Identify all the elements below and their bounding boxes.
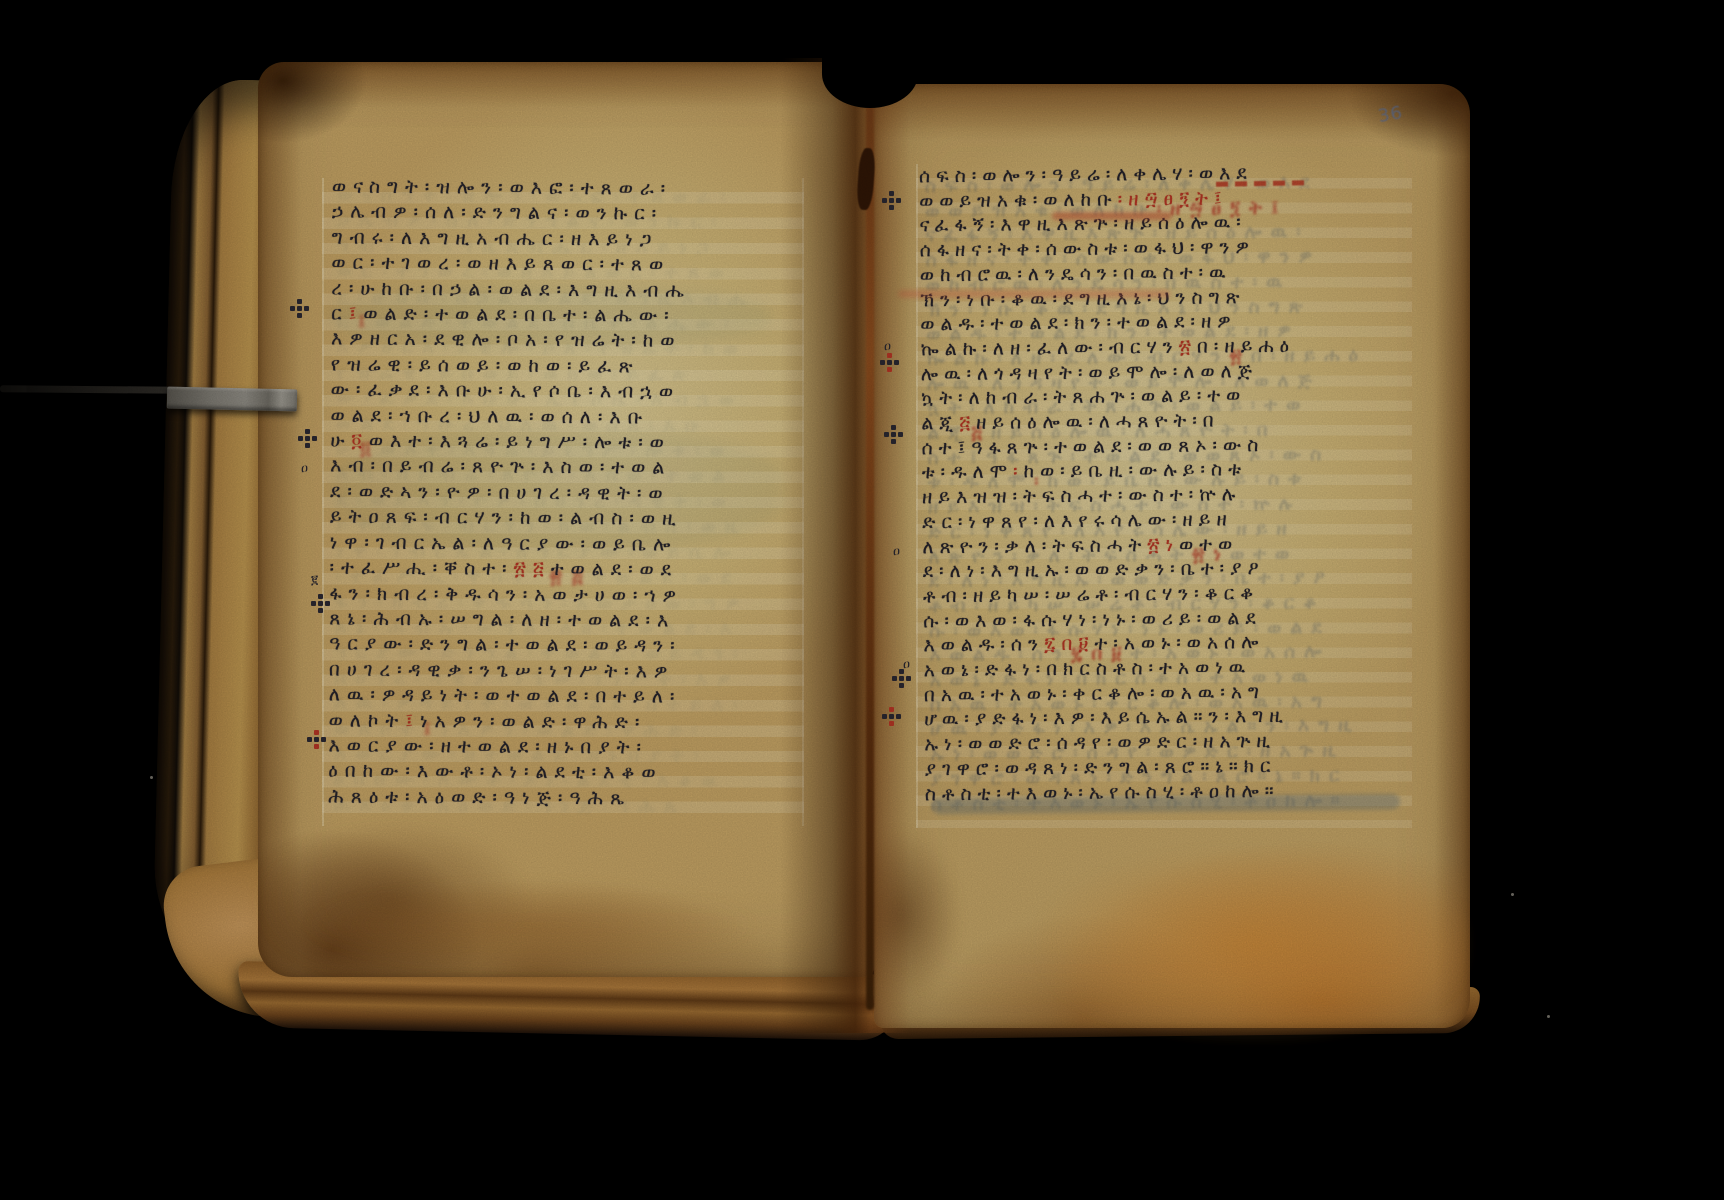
ink-text: ሱ፡ወእወ፡ፋሱሃነ፡ነኑ፡ወሪይ፡ወልደ	[923, 607, 1262, 632]
ink-text: ደ፡ለነ፡እግዚኡ፡ወወድቃን፡ቤተ፡ያዖ	[923, 557, 1265, 582]
paragraph-cross	[314, 737, 319, 742]
rubric-text: ፳ነ	[1147, 533, 1179, 555]
ink-text: ቶብ፡ዘይካሠ፡ሠሬቶ፡ብርሃን፡ቆርቆ	[923, 582, 1259, 607]
ink-text: ሆዉ፡ያድፋነ፡እዎ፡እይሴኡል።ን፡እግዚ	[924, 705, 1289, 731]
manuscript-line: እዎዘርአ፡ደዊሎ፡ቦአ፡የዝሬት፡ከወ	[331, 327, 803, 355]
manuscript-line: ግብሩ፡ለእግዚአብሔር፡ዘእይነጋ	[332, 225, 804, 253]
ink-text: ድር፡ነዋጸየ፡ለእየሩሳሌው፡ዘይዘ	[922, 508, 1233, 533]
paragraph-cross	[305, 436, 310, 441]
paragraph-cross	[887, 360, 892, 365]
ink-text: የዝሬዊ፡ይሰወይ፡ወከወ፡ይፈጽ	[331, 353, 640, 377]
manuscript-line: ጸኔ፡ሕብኡ፡ሠግል፡ለዘ፡ተወልደ፡እ	[329, 606, 801, 634]
stain-orange-bottom-right	[1040, 850, 1470, 1040]
rubric-text: ፯በ፱	[1044, 633, 1095, 655]
stain-band-bottom-left	[300, 880, 760, 970]
ink-text: ያገዋሮ፡ወዳጸነ፡ድንግል፡ጸሮ።ኔ።ክር	[925, 755, 1277, 780]
rubric-text: ፤	[405, 710, 420, 732]
paragraph-cross	[891, 432, 896, 437]
margin-numeral: ዐ	[903, 658, 910, 671]
ink-text: ኰልኩ፡ለዘ፡ፈለው፡ብርሃን	[920, 336, 1178, 360]
margin-numeral: ዐ	[301, 462, 308, 475]
ink-text: ዘይእዝዝ፡ትፍስሓተ፡ውስተ፡ኵሉ	[922, 483, 1241, 508]
ink-text: ሰፋዘና፡ትቀ፡ሰውስቱ፡ወፋህ፡ዋንዎ	[920, 236, 1255, 261]
ink-text: ወናስግት፡ዝሎን፡ወእፎ፡ተጸወራ፡	[332, 176, 672, 200]
manuscript-line: ይትዐጸፍ፡ብርሃን፡ከወ፡ልብስ፡ወዚ	[330, 505, 802, 533]
manuscript-line: ፋን፡ክብረ፡ቅዱሳን፡አወታሀወ፡ኀዎ	[329, 581, 801, 609]
ink-text: እብ፡በይብሬ፡ጸዮጕ፡እስወ፡ተወል	[330, 455, 671, 479]
ink-text: ወር፡ተገወረ፡ወዘእይጸወር፡ተጸወ	[331, 252, 670, 276]
ink-text: ወለኮት	[329, 709, 406, 731]
ink-text: ልጂ	[921, 412, 959, 434]
gutter-crease	[866, 80, 874, 1010]
rubric-text: ፳	[1179, 336, 1197, 358]
paragraph-cross	[318, 601, 323, 606]
ink-text: ፋን፡ክብረ፡ቅዱሳን፡አወታሀወ፡ኀዎ	[329, 582, 683, 606]
manuscript-line: ዕበከው፡እውቶ፡ኦነ፡ልደቲ፡እቆወ	[328, 759, 800, 787]
ink-text: ነዋ፡ገብርኤል፡ለዓርያው፡ወይቤሎ	[330, 531, 678, 555]
rubric-text: ፤	[349, 303, 364, 325]
ink-text: ኳት፡ለከብራ፡ትጸሐጕ፡ወልይ፡ተወ	[921, 385, 1246, 410]
manuscript-line: ው፡ፈቃደ፡እቡሁ፡ኢየሶቤ፡እብኋወ	[331, 378, 803, 406]
manuscript-line: ስቶስቲ፡ተእወኑ፡ኤየሱስሂ፡ቶዐከሎ።	[925, 777, 1411, 806]
manuscript-line: ነዋ፡ገብርኤል፡ለዓርያው፡ወይቤሎ	[330, 530, 802, 558]
margin-numeral: ዐ	[893, 545, 900, 558]
paragraph-cross	[899, 676, 904, 681]
ink-text: ደ፡ወድኣን፡ዮዎ፡በሀገረ፡ዳዊት፡ወ	[330, 480, 670, 504]
paragraph-cross	[889, 714, 894, 719]
bookmark-ribbon	[167, 387, 297, 412]
paragraph-cross	[297, 306, 302, 311]
dust-speck	[1511, 893, 1514, 896]
ink-text: ሁ	[330, 430, 351, 452]
ink-text: ተወልደ፡ወደ	[551, 558, 678, 581]
ink-text: ግብሩ፡ለእግዚአብሔር፡ዘእይነጋ	[332, 226, 659, 250]
manuscript-line: ወር፡ተገወረ፡ወዘእይጸወር፡ተጸወ	[331, 251, 803, 279]
ink-text: በአዉ፡ተአወኑ፡ቀርቆሎ፡ወአዉ፡አግ	[924, 681, 1265, 706]
ink-text: ነአዎን፡ወልድ፡ዋሕድ፡	[420, 710, 646, 733]
rubric-text: ፭	[959, 412, 976, 434]
bookmark-cord	[0, 385, 184, 394]
ink-text: ተ፡አወኑ፡ወአሰሎ	[1094, 631, 1264, 655]
ink-text: ወልደ፡ኀቡረ፡ህለዉ፡ወሰለ፡እቡ	[330, 404, 649, 428]
margin-numeral: ዐ	[884, 340, 891, 353]
ink-text: ኡነ፡ወወድሮ፡ሰዳየ፡ወዎድር፡ዘአጕዚ	[924, 730, 1276, 755]
folio-number: 36	[1376, 102, 1404, 127]
manuscript-line: ሁ፬ወእተ፡እጓሬ፡ይነግሥ፡ሎቱ፡ወ	[330, 429, 802, 457]
ink-text: ሰተ፤ዓፋጸጕ፡ተወልደ፡ወወጸኦ፡ውስ	[921, 434, 1264, 459]
ink-text: ወከብሮዉ፡ለንዴሳን፡በዉስተ፡ዉ	[920, 261, 1232, 286]
gutter-top-notch	[822, 40, 918, 108]
manuscript-line: ኃሌብዎ፡ሰለ፡ድንግልና፡ወንኩር፡	[332, 200, 804, 228]
manuscript-line: ሕጸዕቱ፡አዕወድ፡ዓነጅ፡ዓሕጼ	[328, 784, 800, 812]
manuscript-line: ወናስግት፡ዝሎን፡ወእፎ፡ተጸወራ፡	[332, 175, 804, 203]
manuscript-line: ለዉ፡ዎዳይነት፡ወተወልደ፡በተይለ፡	[329, 683, 801, 711]
ink-text: ዓርያው፡ድንግል፡ተወልደ፡ወይዳን፡	[329, 633, 682, 657]
paragraph-cross	[889, 198, 894, 203]
rubric-text: ፳፭	[514, 558, 551, 580]
ink-text: ቱ፡ዱለሞ	[922, 461, 1014, 484]
ink-text: እወልዱ፡ሰን	[923, 634, 1044, 657]
manuscript-line: ዓርያው፡ድንግል፡ተወልደ፡ወይዳን፡	[329, 632, 801, 660]
gutter-shadow	[780, 58, 910, 1033]
manuscript-line: ወልደ፡ኀቡረ፡ህለዉ፡ወሰለ፡እቡ	[330, 403, 802, 431]
ink-text: በሀገረ፡ዳዊቃ፡ንጌሠ፡ነገሥት፡እዎ	[329, 658, 675, 682]
ink-text: ው፡ፈቃደ፡እቡሁ፡ኢየሶቤ፡እብኋወ	[331, 379, 681, 403]
ink-text: ወልዱ፡ተወልደ፡ክን፡ተወልደ፡ዘዎ	[920, 311, 1237, 336]
ink-text: ይትዐጸፍ፡ብርሃን፡ከወ፡ልብስ፡ወዚ	[330, 506, 683, 530]
manuscript-line: የዝሬዊ፡ይሰወይ፡ወከወ፡ይፈጽ	[331, 352, 803, 380]
ink-text: ሕጸዕቱ፡አዕወድ፡ዓነጅ፡ዓሕጼ	[328, 785, 631, 809]
ink-text: ጸኔ፡ሕብኡ፡ሠግል፡ለዘ፡ተወልደ፡እ	[329, 607, 675, 631]
manuscript-line: ፡ተፈሥሒ፡ቐስተ፡፳፭ተወልደ፡ወደ	[330, 556, 802, 584]
ink-text: ኃሌብዎ፡ሰለ፡ድንግልና፡ወንኩር፡	[332, 201, 664, 225]
rubric-text: ፡ዘ፵ፀ፺ት፤	[1118, 187, 1228, 210]
manuscript-line: ረ፡ሁከቡ፡በኃል፡ወልደ፡እግዚእብሔ	[331, 276, 803, 304]
manuscript-line: ደ፡ወድኣን፡ዮዎ፡በሀገረ፡ዳዊት፡ወ	[330, 479, 802, 507]
ink-text: አወኔ፡ድፋነ፡በክርስቶስ፡ተአወነዉ	[924, 656, 1252, 681]
ink-text: ከወ፡ይቤዚ፡ውሉይ፡ስቱ	[1023, 459, 1247, 483]
right-page-text: ሰፍስ፡ወሎን፡ዓይሬ፡ለቀሌሃ፡ወእደወወይዝአቁ፡ወለከቡ፡ዘ፵ፀ፺ት፤ናፈ…	[919, 160, 1411, 833]
left-page-text: ወናስግት፡ዝሎን፡ወእፎ፡ተጸወራ፡ኃሌብዎ፡ሰለ፡ድንግልና፡ወንኩር፡ግብ…	[328, 175, 804, 828]
ink-text: በ፡ዘይሐዕ	[1197, 335, 1295, 358]
ink-text: እዎዘርአ፡ደዊሎ፡ቦአ፡የዝሬት፡ከወ	[331, 328, 682, 352]
ink-text: ዕበከው፡እውቶ፡ኦነ፡ልደቲ፡እቆወ	[328, 760, 662, 784]
ink-text: ሎዉ፡ለጎዳዛየት፡ወይሞሎ፡ለወለጅ	[921, 360, 1258, 385]
manuscript-line: እብ፡በይብሬ፡ጸዮጕ፡እስወ፡ተወል	[330, 454, 802, 482]
ink-text: ወወይዝአቁ፡ወለከቡ	[919, 188, 1118, 212]
dust-speck	[150, 776, 153, 779]
ink-text: ዘይሰዕሎዉ፡ለሓጸዮት፡በ	[976, 410, 1220, 434]
rubric-text: ፬	[351, 430, 369, 452]
manuscript-line: እወርያው፡ዘተወልደ፡ዘኑበያት፡	[328, 733, 800, 761]
manuscript-line: ር፤ወልድ፡ተወልደ፡በቤተ፡ልሔው፡	[331, 302, 803, 330]
rubric-smear-1	[1052, 212, 1172, 220]
ink-text: ፡ተፈሥሒ፡ቐስተ፡	[330, 557, 514, 580]
manuscript-line: በሀገረ፡ዳዊቃ፡ንጌሠ፡ነገሥት፡እዎ	[329, 657, 801, 685]
ink-text: ስቶስቲ፡ተእወኑ፡ኤየሱስሂ፡ቶዐከሎ።	[925, 779, 1280, 804]
ink-text: ረ፡ሁከቡ፡በኃል፡ወልደ፡እግዚእብሔ	[331, 277, 691, 301]
ink-text: ወተወ	[1179, 533, 1238, 556]
manuscript-line: ወለኮት፤ነአዎን፡ወልድ፡ዋሕድ፡	[329, 708, 801, 736]
ink-text: ለዉ፡ዎዳይነት፡ወተወልደ፡በተይለ፡	[329, 684, 682, 708]
ink-text: ለጽዮን፡ቃለ፡ትፍስሓት	[922, 534, 1147, 558]
ink-text: እወርያው፡ዘተወልደ፡ዘኑበያት፡	[328, 734, 648, 758]
ink-text: ር	[331, 303, 349, 325]
rubric-smear-2	[898, 290, 1170, 298]
margin-numeral: ፪	[311, 574, 318, 587]
photo-backdrop: ወናስግት፡ዝሎን፡ወእፎ፡ተጸወራ፡ኃሌብዎ፡ሰለ፡ድንግልና፡ወንኩር፡ግብ…	[0, 0, 1724, 1200]
ink-text: ሰፍስ፡ወሎን፡ዓይሬ፡ለቀሌሃ፡ወእደ	[919, 162, 1253, 187]
ink-text: ወእተ፡እጓሬ፡ይነግሥ፡ሎቱ፡ወ	[369, 430, 671, 454]
ink-text: ወልድ፡ተወልደ፡በቤተ፡ልሔው፡	[363, 303, 675, 327]
rubric-text: ፡	[1013, 461, 1024, 483]
dust-speck	[1547, 1015, 1550, 1018]
